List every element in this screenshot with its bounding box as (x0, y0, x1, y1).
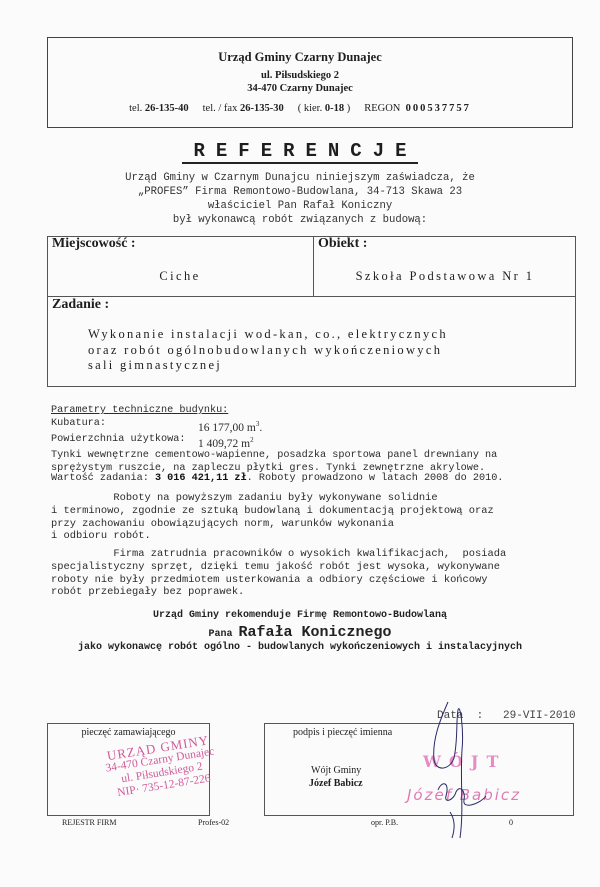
handwritten-signature (420, 700, 490, 840)
area-value: 1 409,72 m2 (198, 434, 254, 450)
kier-open: ( kier. (298, 103, 323, 114)
footer-code: Profes-02 (198, 818, 229, 827)
intro-line: Urząd Gminy w Czarnym Dunajcu niniejszym… (0, 171, 600, 185)
recommendation-line-2: Pana Rafała Konicznego (0, 624, 600, 641)
intro-text: Urząd Gminy w Czarnym Dunajcu niniejszym… (0, 171, 600, 227)
organization-street: ul. Piłsudskiego 2 (0, 70, 600, 81)
contract-amount: 3 016 421,11 zł (155, 473, 247, 484)
technical-parameters: Parametry techniczne budynku: Kubatura:1… (51, 405, 497, 476)
recommendation-line-1: Urząd Gminy rekomenduje Firmę Remontowo-… (0, 610, 600, 621)
kier-close: ) (347, 103, 351, 114)
tel-label: tel. (129, 103, 142, 114)
kier-code: 0-18 (325, 103, 344, 114)
intro-line: był wykonawcą robót związanych z budową: (0, 213, 600, 227)
location-label: Miejscowość : (52, 236, 136, 252)
signature-label: podpis i pieczęć imienna (293, 727, 392, 738)
area-label: Powierzchnia użytkowa: (51, 434, 198, 450)
footer-register: REJESTR FIRM (62, 818, 116, 827)
volume-value: 16 177,00 m3. (198, 418, 262, 434)
document-title: REFERENCJE (0, 140, 600, 162)
signer-name: Józef Babicz (309, 778, 363, 789)
task-label: Zadanie : (52, 297, 109, 313)
contract-value: Wartość zadania: 3 016 421,11 zł. Roboty… (51, 473, 503, 484)
recommended-person: Rafała Konicznego (239, 624, 392, 641)
task-line: Wykonanie instalacji wod-kan, co., elekt… (88, 327, 448, 343)
task-description: Wykonanie instalacji wod-kan, co., elekt… (88, 327, 448, 374)
organization-city: 34-470 Czarny Dunajec (0, 83, 600, 94)
volume-label: Kubatura: (51, 418, 198, 434)
regon-label: REGON (364, 103, 400, 114)
recommendation-line-3: jako wykonawcę robót ogólno - budowlanyc… (0, 642, 600, 653)
intro-line: „PROFES” Firma Remontowo-Budowlana, 34-7… (0, 185, 600, 199)
object-value: Szkoła Podstawowa Nr 1 (314, 269, 576, 284)
task-line: oraz robót ogólnobudowlanych wykończenio… (88, 343, 448, 359)
parameters-heading: Parametry techniczne budynku: (51, 405, 497, 418)
table-divider-horizontal (47, 296, 576, 297)
paragraph-quality: Roboty na powyższym zadaniu były wykonyw… (51, 492, 494, 543)
footer-prepared-by: opr. P.B. (371, 818, 398, 827)
intro-line: właściciel Pan Rafał Koniczny (0, 199, 600, 213)
tel-number: 26-135-40 (145, 103, 189, 114)
contact-line: tel. 26-135-40tel. / fax 26-135-30( kier… (0, 103, 600, 114)
task-line: sali gimnastycznej (88, 358, 448, 374)
location-value: Ciche (47, 269, 313, 284)
fax-label: tel. / fax (203, 103, 238, 114)
object-label: Obiekt : (318, 236, 367, 252)
paragraph-company: Firma zatrudnia pracowników o wysokich k… (51, 548, 506, 599)
regon-number: 000537757 (406, 103, 471, 114)
organization-name: Urząd Gminy Czarny Dunajec (0, 50, 600, 65)
fax-number: 26-135-30 (240, 103, 284, 114)
document-title-text: REFERENCJE (182, 140, 417, 164)
date-value: 29-VII-2010 (503, 710, 576, 722)
footer-number: 0 (509, 818, 513, 827)
table-divider-vertical (313, 236, 314, 297)
signer-title: Wójt Gminy (311, 765, 361, 776)
description-line: Tynki wewnętrzne cementowo-wapienne, pos… (51, 450, 497, 463)
